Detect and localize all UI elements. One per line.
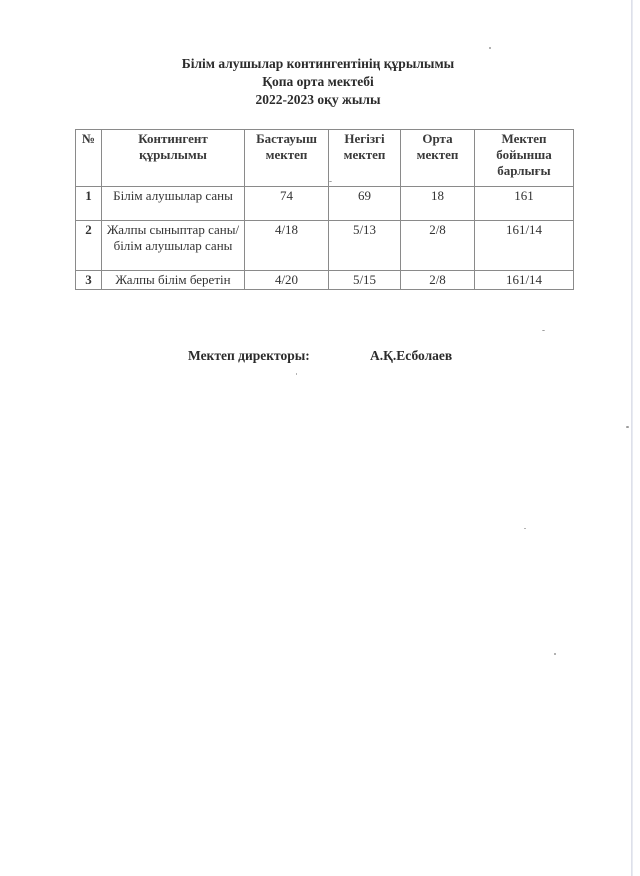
document-title: Білім алушылар контингентінің құрылымы Қ… <box>0 55 640 109</box>
scan-speck <box>554 653 556 655</box>
row-label: Білім алушылар саны <box>102 187 245 221</box>
signature-name: А.Қ.Есболаев <box>370 348 452 364</box>
cell-basic: 69 <box>329 187 401 221</box>
scan-speck <box>626 426 629 428</box>
cell-total: 161 <box>475 187 574 221</box>
table-header-row: № Контингент құрылымы Бастауыш мектеп Не… <box>76 130 574 187</box>
title-line-school: Қопа орта мектебі <box>0 73 640 91</box>
table-row: 1 Білім алушылар саны 74 69 18 161 <box>76 187 574 221</box>
cell-total: 161/14 <box>475 221 574 271</box>
header-contingent: Контингент құрылымы <box>102 130 245 187</box>
scan-speck <box>296 373 297 375</box>
scan-speck <box>542 330 545 331</box>
header-basic-school: Негізгі мектеп <box>329 130 401 187</box>
cell-primary: 74 <box>245 187 329 221</box>
header-secondary-school: Орта мектеп <box>401 130 475 187</box>
scan-edge <box>631 0 633 876</box>
contingent-table: № Контингент құрылымы Бастауыш мектеп Не… <box>75 129 574 290</box>
row-number: 3 <box>76 271 102 290</box>
table-row: 3 Жалпы білім беретін 4/20 5/15 2/8 161/… <box>76 271 574 290</box>
cell-primary: 4/18 <box>245 221 329 271</box>
row-number: 2 <box>76 221 102 271</box>
scan-speck <box>329 181 332 182</box>
title-line-1: Білім алушылар контингентінің құрылымы <box>0 55 640 73</box>
row-label: Жалпы білім беретін <box>102 271 245 290</box>
header-number: № <box>76 130 102 187</box>
cell-secondary: 2/8 <box>401 221 475 271</box>
cell-primary: 4/20 <box>245 271 329 290</box>
signature-block: Мектеп директоры: А.Қ.Есболаев <box>188 348 310 364</box>
row-number: 1 <box>76 187 102 221</box>
header-primary-school: Бастауыш мектеп <box>245 130 329 187</box>
cell-secondary: 2/8 <box>401 271 475 290</box>
table-row: 2 Жалпы сыныптар саны/білім алушылар сан… <box>76 221 574 271</box>
header-school-total: Мектеп бойынша барлығы <box>475 130 574 187</box>
row-label: Жалпы сыныптар саны/білім алушылар саны <box>102 221 245 271</box>
scan-speck <box>489 47 491 49</box>
cell-secondary: 18 <box>401 187 475 221</box>
title-line-year: 2022-2023 оқу жылы <box>0 91 640 109</box>
signature-role: Мектеп директоры: <box>188 348 310 363</box>
scan-speck <box>524 528 526 529</box>
cell-total: 161/14 <box>475 271 574 290</box>
cell-basic: 5/13 <box>329 221 401 271</box>
cell-basic: 5/15 <box>329 271 401 290</box>
